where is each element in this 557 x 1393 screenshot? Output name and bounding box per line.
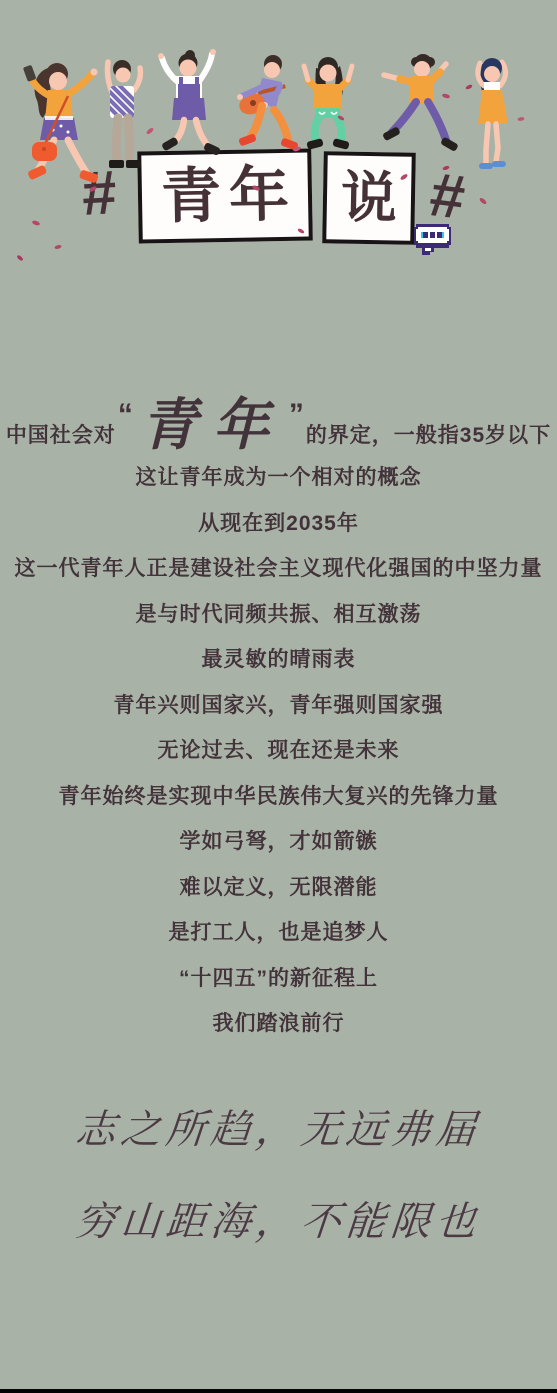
person-mint-pants	[304, 57, 352, 150]
person-star-jump	[382, 54, 459, 152]
body-line: 青年兴则国家兴，青年强则国家强	[0, 683, 557, 729]
body-line: 难以定义，无限潜能	[0, 865, 557, 911]
title-box-shuo: 说	[322, 151, 416, 245]
person-guitarist	[236, 55, 298, 151]
person-purple-overalls	[158, 49, 221, 156]
bottom-bar	[0, 1389, 557, 1393]
body-line: 是与时代同频共振、相互激荡	[0, 592, 557, 638]
intro-quote-close: ”	[287, 398, 306, 432]
body-line: 青年始终是实现中华民族伟大复兴的先锋力量	[0, 774, 557, 820]
body-line: 这一代青年人正是建设社会主义现代化强国的中坚力量	[0, 546, 557, 592]
body-text: 这让青年成为一个相对的概念 从现在到2035年 这一代青年人正是建设社会主义现代…	[0, 455, 557, 1047]
body-line: 无论过去、现在还是未来	[0, 728, 557, 774]
title-text-qingnian: 青年	[160, 165, 297, 227]
hashtag-right: #	[426, 164, 468, 230]
hashtag-left: #	[80, 162, 118, 226]
intro-quote-open: “	[116, 398, 135, 432]
intro-line: 中国社会对 “ 青年 ” 的界定，一般指35岁以下	[0, 378, 557, 455]
title-text-shuo: 说	[341, 170, 398, 227]
calligraphy-line-2: 穷山距海，不能限也	[0, 1190, 557, 1247]
body-line: 这让青年成为一个相对的概念	[0, 455, 557, 501]
intro-prefix: 中国社会对	[6, 419, 116, 455]
body-line: 我们踏浪前行	[0, 1001, 557, 1047]
body-line: 从现在到2035年	[0, 501, 557, 547]
body-line: 是打工人，也是追梦人	[0, 910, 557, 956]
title-box-qingnian: 青年	[137, 148, 313, 243]
body-line: 学如弓弩，才如箭镞	[0, 819, 557, 865]
calligraphy-line-1: 志之所趋，无远弗届	[0, 1098, 557, 1155]
youth-poster: # 青年 说 #	[0, 0, 557, 1393]
body-line: “十四五”的新征程上	[0, 956, 557, 1002]
speech-bubble-icon	[414, 224, 452, 256]
intro-highlight: 青年	[141, 397, 285, 455]
person-dress-dancer	[478, 58, 508, 169]
intro-suffix: 的界定，一般指35岁以下	[306, 419, 551, 455]
body-line: 最灵敏的晴雨表	[0, 637, 557, 683]
